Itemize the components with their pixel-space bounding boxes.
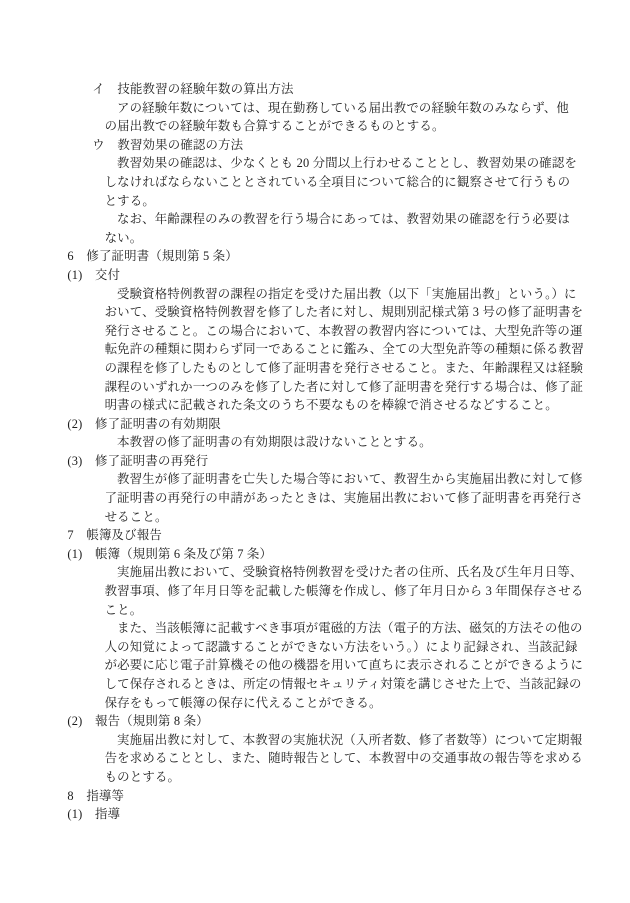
paragraph-line: せること。 [55,508,572,527]
paragraph-line: 了証明書の再発行の申請があったときは、実施届出教において修了証明書を再発行さ [55,489,572,508]
paragraph-line: して保存されるときは、所定の情報セキュリティ対策を講じさせた上で、当該記録の [55,675,572,694]
subsection-heading-line: (1) 指導 [55,805,572,824]
paragraph-line-first: アの経験年数については、現在勤務している届出教での経験年数のみならず、他 [55,99,572,118]
paragraph-line: の課程を修了したものとして修了証明書を発行させること。また、年齢課程又は経験 [55,359,572,378]
paragraph-line-first: 教習効果の確認は、少なくとも 20 分間以上行わせることとし、教習効果の確認を [55,154,572,173]
kana-item-heading-line: イ 技能教習の経験年数の算出方法 [55,80,572,99]
section-heading-line: 8 指導等 [55,787,572,806]
paragraph-line: 人の知覚によって認識することができない方法をいう。）により記録され、当該記録 [55,638,572,657]
subsection-heading-line: (3) 修了証明書の再発行 [55,452,572,471]
subsection-heading-line: (2) 報告（規則第 8 条） [55,712,572,731]
paragraph-line-first: 実施届出教に対して、本教習の実施状況（入所者数、修了者数等）について定期報 [55,731,572,750]
kana-item-heading-line: ウ 教習効果の確認の方法 [55,136,572,155]
paragraph-line: 転免許の種類に関わらず同一であることに鑑み、全ての大型免許等の種類に係る教習 [55,340,572,359]
paragraph-line-first: 実施届出教において、受験資格特例教習を受けた者の住所、氏名及び生年月日等、 [55,563,572,582]
paragraph-line: しなければならないこととされている全項目について総合的に観察させて行うもの [55,173,572,192]
paragraph-line-first: 受験資格特例教習の課程の指定を受けた届出教（以下「実施届出教」という。）に [55,285,572,304]
paragraph-line: 課程のいずれか一つのみを修了した者に対して修了証明書を発行する場合は、修了証 [55,378,572,397]
paragraph-line: おいて、受験資格特例教習を修了した者に対し、規則別記様式第 3 号の修了証明書を [55,303,572,322]
paragraph-line: 教習事項、修了年月日等を記載した帳簿を作成し、修了年月日から 3 年間保存させる [55,582,572,601]
subsection-heading-line: (2) 修了証明書の有効期限 [55,415,572,434]
paragraph-line-first: また、当該帳簿に記載すべき事項が電磁的方法（電子的方法、磁気的方法その他の [55,619,572,638]
paragraph-line: とする。 [55,192,572,211]
subsection-heading-line: (1) 帳簿（規則第 6 条及び第 7 条） [55,545,572,564]
paragraph-line: ものとする。 [55,768,572,787]
document-body: イ 技能教習の経験年数の算出方法アの経験年数については、現在勤務している届出教で… [55,80,572,824]
paragraph-line: の届出教での経験年数も合算することができるものとする。 [55,117,572,136]
paragraph-line: 告を求めることとし、また、随時報告として、本教習中の交通事故の報告等を求める [55,749,572,768]
subsection-heading-line: (1) 交付 [55,266,572,285]
paragraph-line-first: 本教習の修了証明書の有効期限は設けないこととする。 [55,433,572,452]
paragraph-line: が必要に応じ電子計算機その他の機器を用いて直ちに表示されることができるように [55,656,572,675]
document-page: イ 技能教習の経験年数の算出方法アの経験年数については、現在勤務している届出教で… [0,0,630,903]
paragraph-line: 発行させること。この場合において、本教習の教習内容については、大型免許等の運 [55,322,572,341]
paragraph-line-first: 教習生が修了証明書を亡失した場合等において、教習生から実施届出教に対して修 [55,470,572,489]
paragraph-line: 明書の様式に記載された条文のうち不要なものを棒線で消させるなどすること。 [55,396,572,415]
paragraph-line: ない。 [55,229,572,248]
paragraph-line: こと。 [55,601,572,620]
section-heading-line: 6 修了証明書（規則第 5 条） [55,247,572,266]
paragraph-line: 保存をもって帳簿の保存に代えることができる。 [55,694,572,713]
section-heading-line: 7 帳簿及び報告 [55,526,572,545]
paragraph-line-first: なお、年齢課程のみの教習を行う場合にあっては、教習効果の確認を行う必要は [55,210,572,229]
